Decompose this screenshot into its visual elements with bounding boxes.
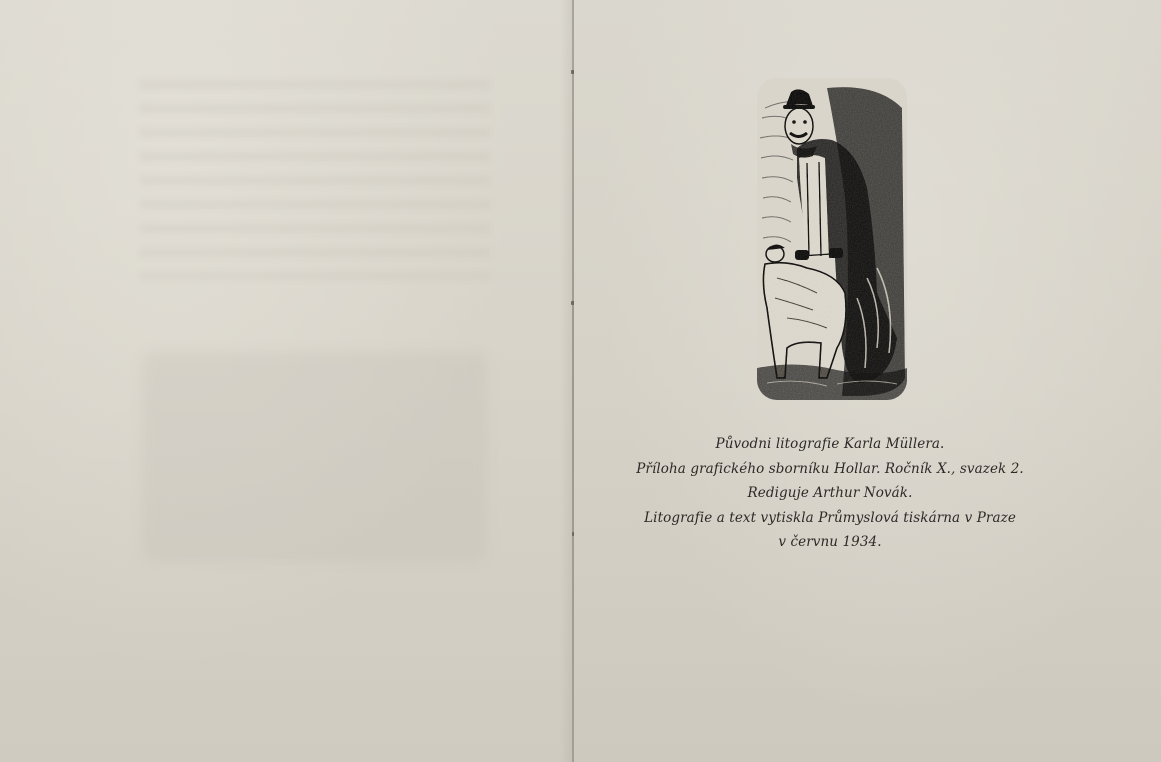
left-page <box>0 0 573 762</box>
colophon: Původni litografie Karla Müllera. Příloh… <box>574 432 1086 555</box>
show-through-image <box>142 352 487 562</box>
show-through-text <box>140 80 490 280</box>
colophon-line-date: v červnu 1934. <box>574 530 1086 555</box>
colophon-line-printer: Litografie a text vytiskla Průmyslová ti… <box>574 506 1086 531</box>
colophon-line-original-lithograph: Původni litografie Karla Müllera. <box>574 432 1086 457</box>
lithograph-illustration <box>757 78 907 400</box>
colophon-line-supplement: Příloha grafického sborníku Hollar. Ročn… <box>574 457 1086 482</box>
colophon-line-editor: Rediguje Arthur Novák. <box>574 481 1086 506</box>
gutter-shadow <box>560 0 572 762</box>
book-spread: Původni litografie Karla Müllera. Příloh… <box>0 0 1161 762</box>
